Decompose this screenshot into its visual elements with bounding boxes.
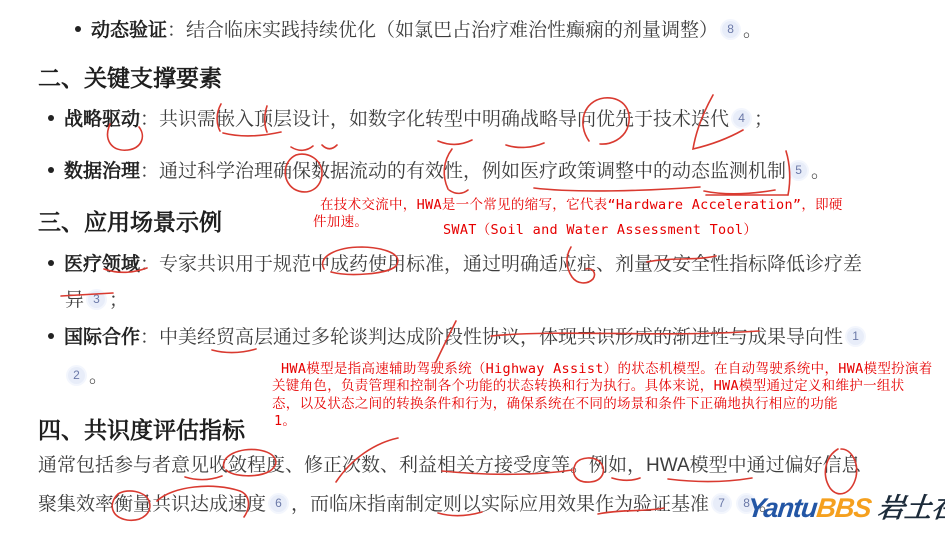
term-label: 动态验证 [91, 20, 167, 41]
term-label: 数据治理 [64, 161, 140, 182]
citation-badge-7[interactable]: 7 [713, 495, 730, 512]
paragraph-metrics-line1: 通常包括参与者意见收敛程度、修正次数、利益相关方接受度等。例如，HWA模型中通过… [38, 452, 861, 479]
item-text: 通过科学治理确保数据流动的有效性，例如医疗政策调整中的动态监测机制 [159, 161, 786, 182]
handwritten-note-hwa-model-line2: 关键角色，负责管理和控制各个功能的状态转换和行为执行。具体来说，HWA模型通过定… [272, 378, 904, 394]
section-heading-2: 二、关键支撑要素 [38, 60, 222, 93]
paragraph-text: 聚集效率衡量共识达成速度 [38, 494, 266, 515]
handwritten-note-hwa-model-line3: 态，以及状态之间的转换条件和行为，确保系统在不同的场景和条件下正确地执行相应的功… [272, 396, 838, 412]
item-text: 共识需嵌入顶层设计，如数字化转型中明确战略导向优先于技术迭代 [159, 109, 729, 130]
period: 。 [811, 161, 830, 182]
citation-badge-8[interactable]: 8 [722, 21, 739, 38]
citation-badge-6[interactable]: 6 [270, 495, 287, 512]
handwritten-note-hwa-model-line4: 1。 [274, 413, 296, 429]
term-label: 医疗领域 [64, 254, 140, 275]
paragraph-metrics-line2: 聚集效率衡量共识达成速度6，而临床指南制定则以实际应用效果作为验证基准78。 [38, 491, 778, 518]
list-item-international-line2: 2。 [68, 363, 108, 390]
paragraph-text: ，而临床指南制定则以实际应用效果作为验证基准 [291, 494, 709, 515]
colon: ： [140, 161, 159, 182]
period: 。 [743, 20, 762, 41]
handwritten-note-hwa-model-line1: HWA模型是指高速辅助驾驶系统（Highway Assist）的状态机模型。在自… [281, 361, 933, 377]
watermark-cn-name: 岩土在线 [876, 493, 945, 523]
yantubbs-watermark-logo: YantuBBS岩土在线 [746, 486, 945, 525]
bullet-dot [48, 115, 54, 121]
colon: ： [140, 254, 159, 275]
list-item-dynamic-validation: 动态验证：结合临床实践持续优化（如氯巴占治疗难治性癫痫的剂量调整）8。 [75, 17, 762, 44]
item-text: 异 [65, 290, 84, 311]
section-heading-4: 四、共识度评估指标 [38, 412, 245, 445]
citation-badge-1[interactable]: 1 [847, 328, 864, 345]
document-page: { "colors": { "body_text": "#3d3d3d", "h… [0, 0, 945, 534]
bullet-dot [48, 333, 54, 339]
item-text: 专家共识用于规范中成药使用标准，通过明确适应症、剂量及安全性指标降低诊疗差 [159, 254, 862, 275]
citation-badge-4[interactable]: 4 [733, 110, 750, 127]
handwritten-note-swat: SWAT（Soil and Water Assessment Tool） [443, 222, 757, 238]
bullet-dot [48, 260, 54, 266]
list-item-medical: 医疗领域：专家共识用于规范中成药使用标准，通过明确适应症、剂量及安全性指标降低诊… [48, 251, 862, 278]
watermark-bbs: BBS [815, 493, 872, 523]
period: 。 [89, 366, 108, 387]
colon: ： [167, 20, 186, 41]
semicolon: ； [109, 290, 128, 311]
colon: ： [140, 327, 159, 348]
citation-badge-2[interactable]: 2 [68, 367, 85, 384]
handwritten-note-hwa-acceleration-line1: 在技术交流中，HWA是一个常见的缩写，它代表“Hardware Accelera… [320, 197, 843, 213]
item-text: 结合临床实践持续优化（如氯巴占治疗难治性癫痫的剂量调整） [186, 20, 718, 41]
colon: ： [140, 109, 159, 130]
list-item-data-governance: 数据治理：通过科学治理确保数据流动的有效性，例如医疗政策调整中的动态监测机制5。 [48, 158, 830, 185]
watermark-yantu: Yantu [746, 493, 818, 523]
citation-badge-5[interactable]: 5 [790, 162, 807, 179]
list-item-strategy: 战略驱动：共识需嵌入顶层设计，如数字化转型中明确战略导向优先于技术迭代4； [48, 106, 773, 133]
list-item-international: 国际合作：中美经贸高层通过多轮谈判达成阶段性协议，体现共识形成的渐进性与成果导向… [48, 324, 868, 351]
term-label: 战略驱动 [64, 109, 140, 130]
bullet-dot [48, 167, 54, 173]
section-heading-3: 三、应用场景示例 [38, 204, 222, 237]
semicolon: ； [754, 109, 773, 130]
bullet-dot [75, 26, 81, 32]
citation-badge-3[interactable]: 3 [88, 291, 105, 308]
term-label: 国际合作 [64, 327, 140, 348]
item-text: 中美经贸高层通过多轮谈判达成阶段性协议，体现共识形成的渐进性与成果导向性 [159, 327, 843, 348]
list-item-medical-line2: 异3； [65, 287, 128, 314]
handwritten-note-hwa-acceleration-line2: 件加速。 [313, 214, 368, 230]
